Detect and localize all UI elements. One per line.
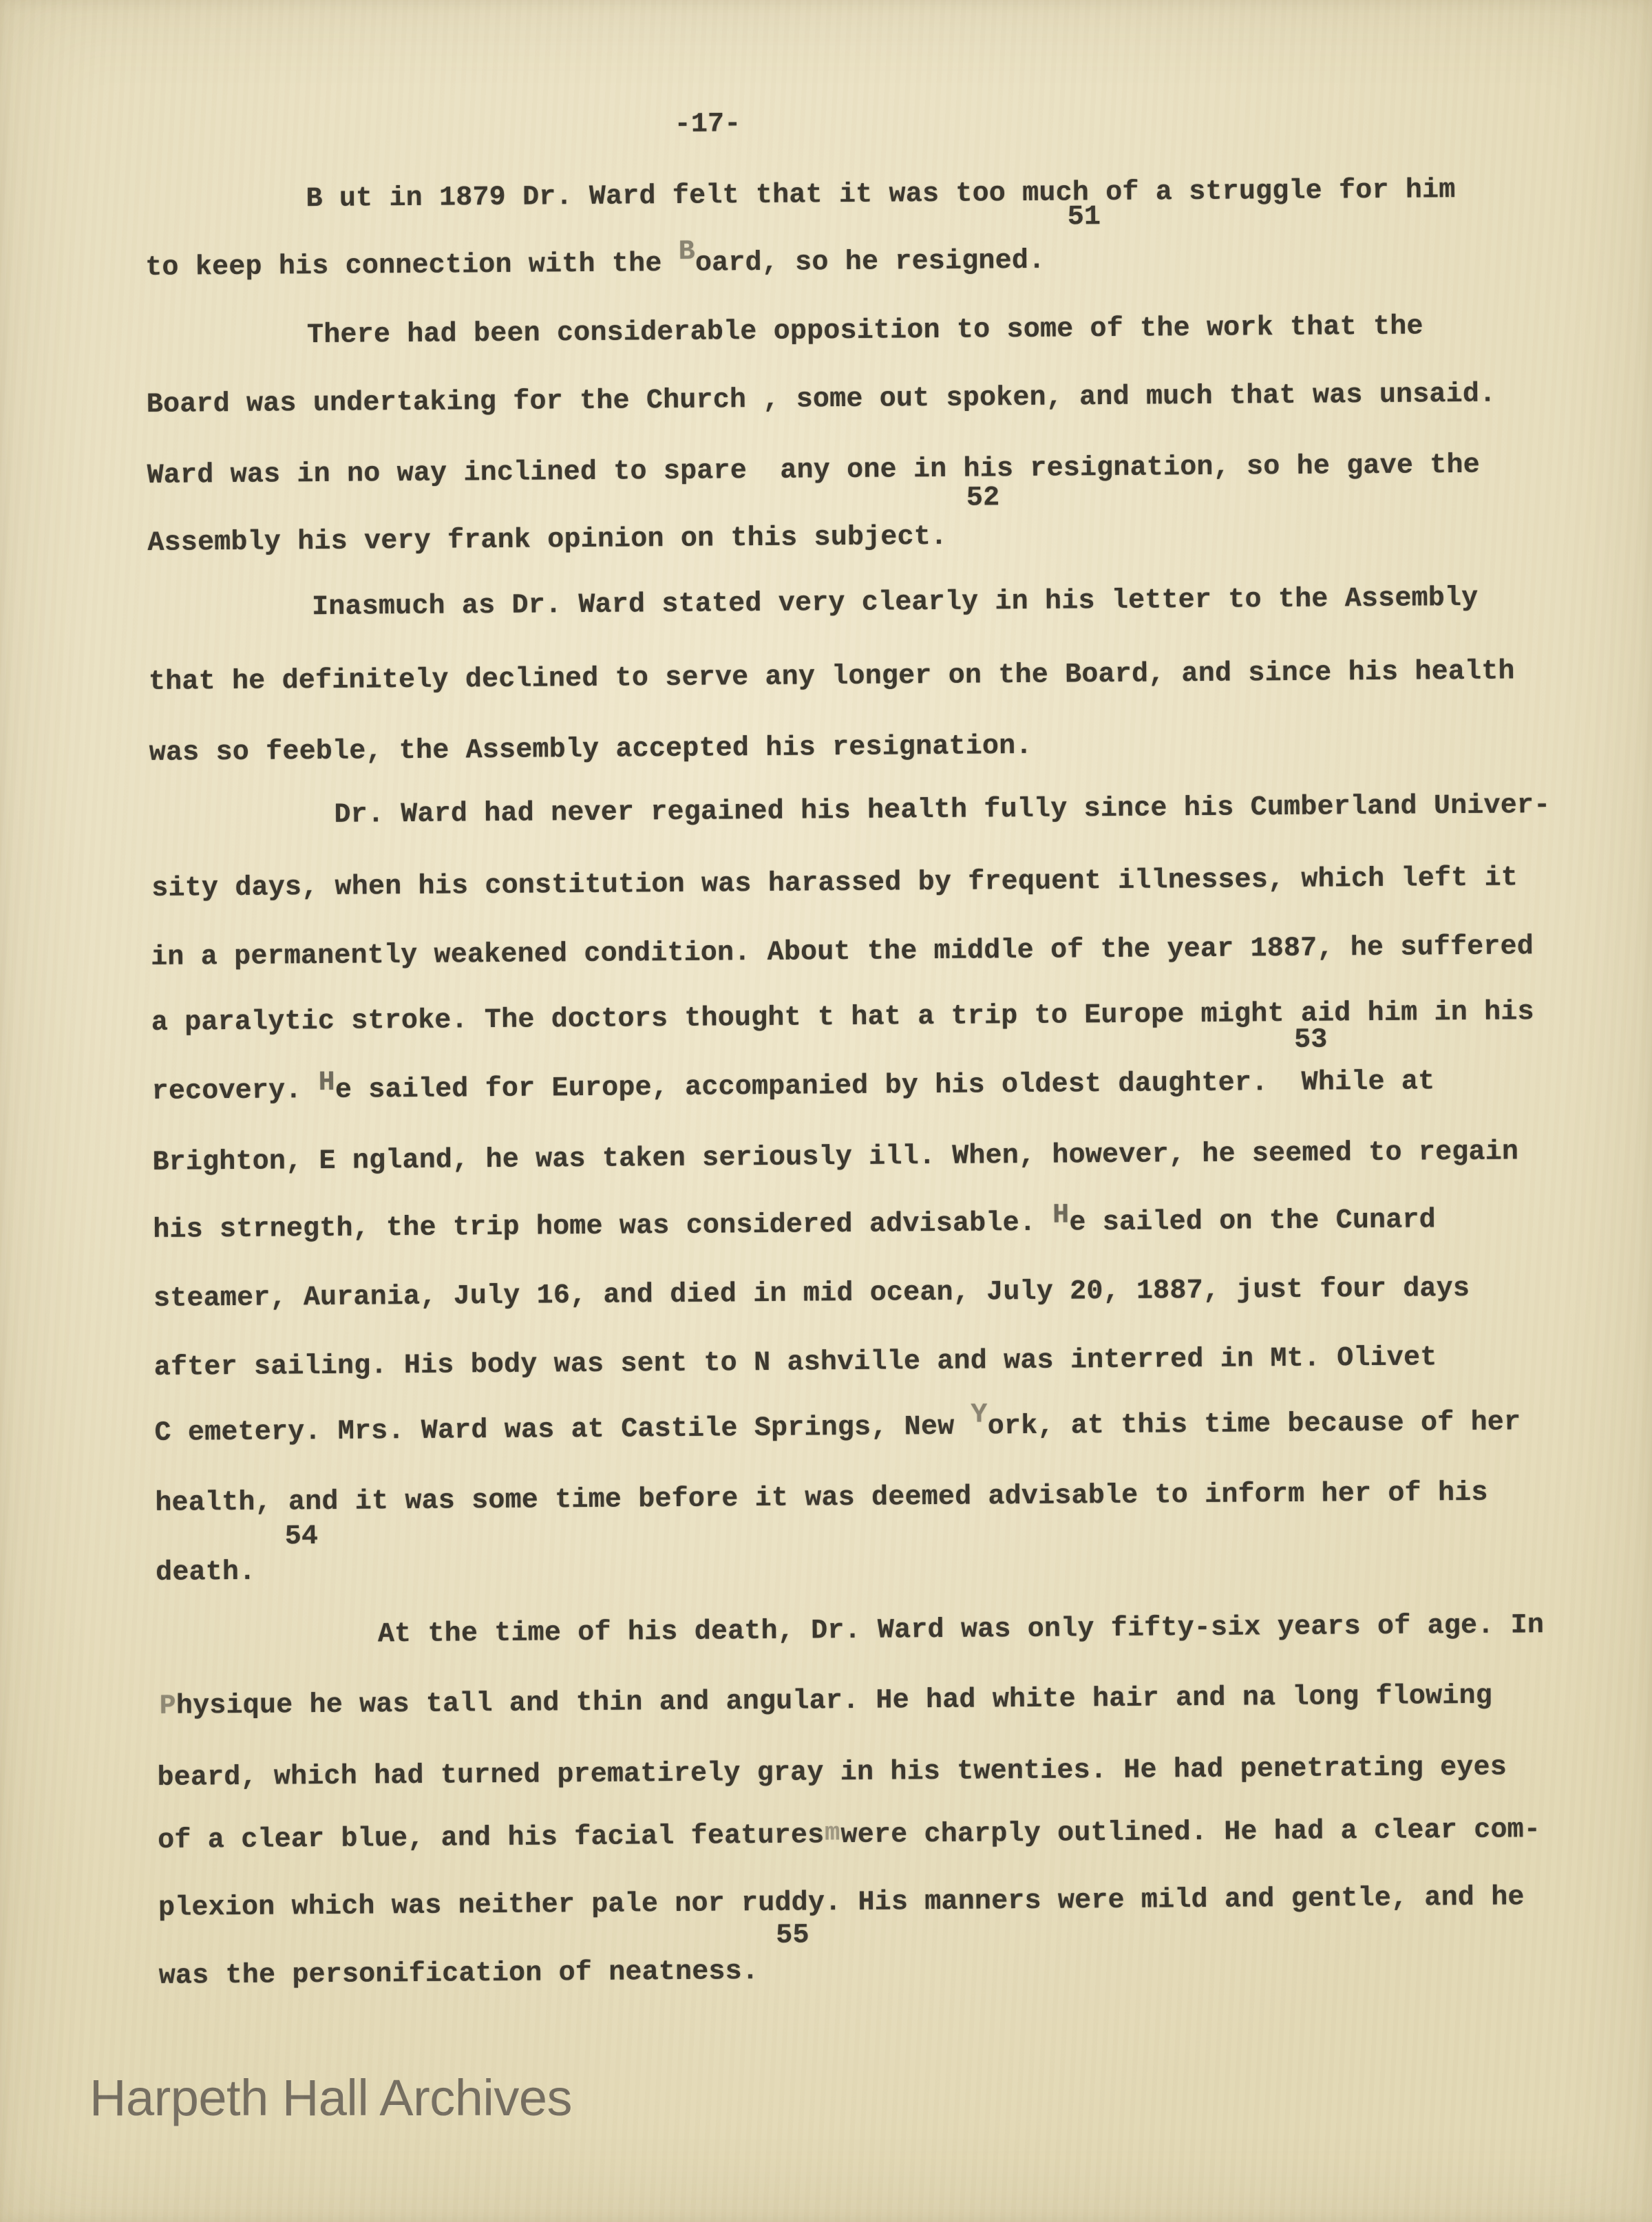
p4-line11: health, and it was some time before it w…	[155, 1478, 1488, 1519]
p4-line2: sity days, when his constitution was har…	[151, 863, 1518, 904]
footnote-ref-54: 54	[285, 1521, 319, 1552]
p3-line3: was so feeble, the Assembly accepted his…	[149, 731, 1032, 769]
p1-line2: to keep his connection with the Board, s…	[145, 246, 1045, 284]
p3-line2: that he definitely declined to serve any…	[149, 656, 1515, 698]
archive-watermark-label: Harpeth Hall Archives	[89, 2068, 572, 2127]
p5-line5: plexion which was neither pale nor ruddy…	[158, 1882, 1525, 1924]
p4-line3: in a permanently weakened condition. Abo…	[151, 931, 1534, 973]
footnote-ref-53: 53	[1294, 1025, 1328, 1056]
p2-line1: There had been considerable opposition t…	[307, 311, 1423, 351]
p1-line1: B ut in 1879 Dr. Ward felt that it was t…	[306, 175, 1455, 215]
p4-line10: C emetery. Mrs. Ward was at Castile Spri…	[154, 1407, 1521, 1449]
p5-line3: beard, which had turned prematirely gray…	[157, 1752, 1507, 1793]
p5-line1: At the time of his death, Dr. Ward was o…	[378, 1610, 1545, 1650]
p4-line8: steamer, Aurania, July 16, and died in m…	[153, 1273, 1470, 1315]
p5-line2: Physique he was tall and thin and angula…	[160, 1681, 1493, 1722]
p5-line6: was the personification of neatness.	[159, 1956, 759, 1992]
p5-line4: of a clear blue, and his facial features…	[158, 1814, 1540, 1856]
footnote-ref-51: 51	[1068, 202, 1101, 233]
p3-line1: Inasmuch as Dr. Ward stated very clearly…	[312, 583, 1479, 623]
p2-line4: Assembly his very frank opinion on this …	[147, 522, 947, 559]
p4-line12: death.	[156, 1557, 256, 1589]
p4-line5: recovery. He sailed for Europe, accompan…	[152, 1066, 1435, 1108]
p4-line1: Dr. Ward had never regained his health f…	[334, 790, 1550, 831]
document-page: -17-B ut in 1879 Dr. Ward felt that it w…	[0, 0, 1652, 2222]
footnote-ref-55: 55	[776, 1920, 809, 1951]
p4-line9: after sailing. His body was sent to N as…	[154, 1342, 1437, 1384]
footnote-ref-52: 52	[966, 483, 1000, 514]
p4-line6: Brighton, E ngland, he was taken serious…	[152, 1136, 1518, 1178]
p2-line2: Board was undertaking for the Church , s…	[147, 379, 1496, 421]
typed-text-layer: -17-B ut in 1879 Dr. Ward felt that it w…	[0, 0, 1652, 2222]
p2-line3: Ward was in no way inclined to spare any…	[147, 450, 1480, 491]
page-number: -17-	[674, 109, 741, 140]
p4-line7: his strnegth, the trip home was consider…	[153, 1205, 1436, 1246]
